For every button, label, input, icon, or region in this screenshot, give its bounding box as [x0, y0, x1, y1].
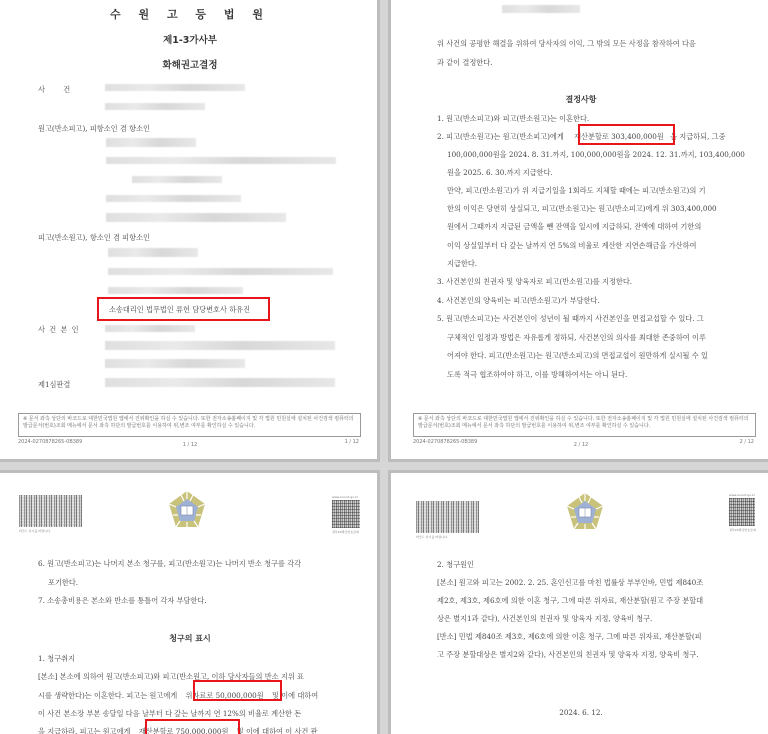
item2-line: 원을 2025. 6. 30.까지 지급한다. — [447, 169, 553, 176]
redacted-text — [106, 157, 336, 164]
label-principal: 사 건 본 인 — [38, 325, 80, 335]
item6-line: 포기한다. — [48, 579, 78, 586]
redacted-text — [105, 378, 335, 387]
cause-line: 제2호, 제3호, 제6호에 의한 이혼 청구, 그에 따른 위자료, 재산분할… — [437, 597, 703, 604]
section-title: 결정사항 — [391, 94, 768, 105]
item2-line: 이익 상실일부터 다 갚는 날까지 연 5%의 비율로 계산한 지연손해금을 가… — [447, 242, 697, 249]
document-date: 2024. 6. 12. — [391, 709, 768, 716]
barcode — [416, 501, 479, 533]
redacted-text — [132, 176, 222, 183]
intro-line: 위 사건의 공평한 해결을 위하여 당사자의 이익, 그 밖의 모든 사정을 참… — [437, 40, 696, 47]
decision-item-3: 3. 사건본인의 친권자 및 양육자로 피고(반소원고)를 지정한다. — [437, 278, 632, 285]
item2-suffix: 을 지급하되, 그중 — [670, 132, 725, 141]
redacted-text — [106, 213, 286, 222]
qr-caption: 정부24발급번호조회 — [332, 530, 359, 534]
item2-line: 100,000,000원을 2024. 8. 31.까지, 100,000,00… — [447, 151, 745, 158]
redacted-text — [106, 195, 241, 202]
claim-suffix: 및 이에 대하여 이 사건 판 — [237, 727, 318, 734]
subsection-claim-purpose: 1. 청구취지 — [38, 655, 75, 662]
decision-item-7: 7. 소송총비용은 본소와 반소를 통틀어 각자 부담한다. — [38, 597, 207, 604]
item2-line: 만약, 피고(반소원고)가 위 지급기일을 1회라도 지체할 때에는 피고(반소… — [447, 187, 706, 194]
cause-line: 상은 별지1과 같다), 사건본인의 친권자 및 양육자 지정, 양육비 청구. — [437, 615, 652, 622]
qr-code — [729, 498, 755, 526]
highlight-box-property-claim — [145, 719, 240, 734]
decision-item-1: 1. 원고(반소피고)와 피고(반소원고)는 이혼한다. — [437, 115, 589, 122]
decision-item-5: 5. 원고(반소피고)는 사건본인이 성년이 될 때까지 사건본인을 면접교섭할… — [437, 315, 704, 322]
document-title: 화해권고결정 — [0, 57, 380, 71]
page-number-center: 1 / 12 — [0, 442, 380, 448]
redacted-text — [108, 248, 198, 257]
redacted-text — [105, 359, 245, 368]
item2-prefix: 2. 피고(반소원고)는 원고(반소피고)에게 — [437, 132, 564, 141]
item2-line: 원에서 그때까지 지급된 금액을 뺀 잔액을 일시에 지급하되, 잔액에 대하여… — [447, 223, 701, 230]
redacted-text — [502, 5, 580, 13]
page-number-center: 2 / 12 — [391, 442, 768, 448]
highlight-box-property-division — [578, 124, 675, 145]
authenticity-notice: ※ 문서 좌측 상단의 바코드로 대한민국법원 앱에서 진위확인을 하실 수 있… — [18, 413, 361, 437]
qr-url: www.scourt.go.kr — [729, 493, 755, 497]
redacted-text — [105, 325, 195, 332]
court-emblem-icon — [563, 491, 607, 535]
claim-prefix: 을 지급하라. 피고는 원고에게 — [38, 727, 130, 734]
authenticity-notice: ※ 문서 좌측 상단의 바코드로 대한민국법원 앱에서 진위확인을 하실 수 있… — [413, 413, 756, 437]
claim-prefix: 시를 생략한다)는 이혼한다. 피고는 원고에게 — [38, 691, 177, 700]
page-number-right: 1 / 12 — [345, 439, 359, 445]
highlight-box-alimony — [193, 680, 282, 701]
label-first-instance: 제1심판결 — [38, 380, 70, 390]
intro-line: 과 같이 결정한다. — [437, 59, 492, 66]
document-page-1: 수 원 고 등 법 원 제1-3가사부 화해권고결정 사 건 원고(반소피고),… — [0, 0, 380, 462]
decision-item-4: 4. 사건본인의 양육비는 피고(반소원고)가 부담한다. — [437, 297, 600, 304]
counsel-text: 소송대리인 법무법인 류헌 담당변호사 하유진 — [109, 306, 250, 313]
claim-line: 이 사건 본소장 부본 송달일 다음 날부터 다 갚는 날까지 연 12%의 비… — [38, 710, 301, 717]
cause-line: 고 주장 분할대상은 별지2와 같다), 사건본인의 친권자 및 양육자 지정,… — [437, 651, 699, 658]
item5-line: 구체적인 일정과 방법은 자유롭게 정하되, 사건본인의 의사를 최대한 존중하… — [447, 334, 706, 341]
document-page-3: 바코드 읽기를 바랍니다. www.scourt.go.kr 정부24발급번호조… — [0, 470, 380, 734]
section-title: 청구의 표시 — [0, 633, 380, 644]
barcode — [19, 495, 82, 527]
redacted-text — [108, 287, 243, 294]
redacted-text — [108, 268, 333, 275]
barcode-caption: 바코드 읽기를 바랍니다. — [416, 535, 448, 539]
item2-line: 한의 이익은 당연히 상실되고, 피고(반소원고)는 원고(반소피고)에게 위 … — [447, 205, 717, 212]
court-emblem-icon — [165, 489, 209, 533]
barcode-caption: 바코드 읽기를 바랍니다. — [19, 529, 51, 533]
decision-item-6: 6. 원고(반소피고)는 나머지 본소 청구를, 피고(반소원고)는 나머지 반… — [38, 560, 301, 567]
page-number-right: 2 / 12 — [740, 439, 754, 445]
qr-code — [332, 500, 360, 528]
document-page-4: 바코드 읽기를 바랍니다. www.scourt.go.kr 정부24발급번호조… — [388, 470, 768, 734]
redacted-text — [105, 103, 205, 110]
label-defendant: 피고(반소원고), 항소인 겸 피항소인 — [38, 233, 150, 243]
cause-line: [본소] 원고와 피고는 2002. 2. 25. 혼인신고를 마친 법률상 부… — [437, 579, 703, 586]
document-page-2: 위 사건의 공평한 해결을 위하여 당사자의 이익, 그 밖의 모든 사정을 참… — [388, 0, 768, 462]
qr-caption: 정부24발급번호조회 — [729, 528, 756, 532]
label-case: 사 건 — [38, 85, 70, 95]
qr-url: www.scourt.go.kr — [332, 495, 358, 499]
item5-line: 도록 적극 협조하여야 하고, 이를 방해하여서는 아니 된다. — [447, 371, 627, 378]
redacted-text — [106, 138, 196, 147]
item2-line: 지급한다. — [447, 260, 477, 267]
division-name: 제1-3가사부 — [0, 32, 380, 46]
label-plaintiff: 원고(반소피고), 피항소인 겸 항소인 — [38, 124, 150, 134]
item5-line: 어져야 한다. 피고(반소원고)는 원고(반소피고)의 면접교섭이 원만하게 실… — [447, 352, 708, 359]
redacted-text — [105, 341, 335, 350]
cause-line: [반소] 민법 제840조 제3호, 제6호에 의한 이혼 청구, 그에 따른 … — [437, 633, 702, 640]
redacted-text — [105, 84, 245, 91]
court-name: 수 원 고 등 법 원 — [0, 6, 380, 22]
subsection-claim-cause: 2. 청구원인 — [437, 561, 474, 568]
